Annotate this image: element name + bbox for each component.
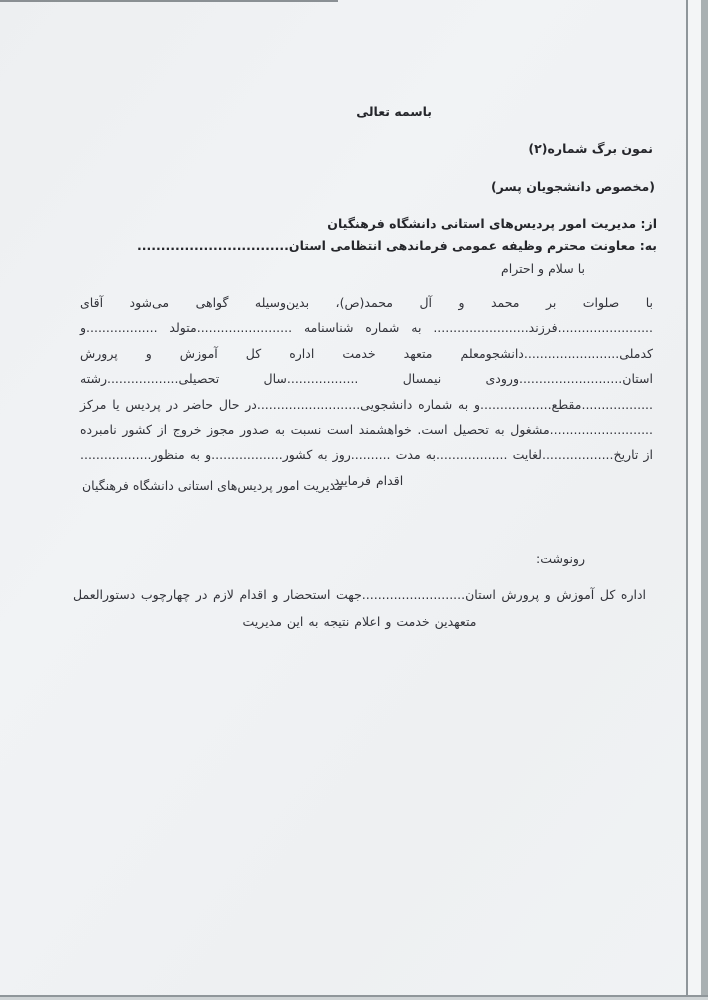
copy-notation-paragraph: اداره کل آموزش و پرورش استان............… [73, 581, 646, 635]
scan-edge-right-band [701, 0, 708, 1000]
to-line: به: معاونت محترم وظیفه عمومی فرماندهی ان… [137, 238, 657, 254]
scan-edge-bottom-line [0, 995, 708, 997]
form-number-title: نمون برگ شماره(۲) [528, 141, 653, 157]
copy-notation-heading: رونوشت: [536, 551, 585, 567]
letter-body-paragraph: با صلوات بر محمد و آل محمد(ص)، بدین‌وسیل… [80, 290, 653, 493]
salutation: با سلام و احترام [501, 261, 585, 277]
scanned-letter-page: باسمه تعالی نمون برگ شماره(۲) (مخصوص دان… [0, 0, 708, 1000]
besmele-invocation: باسمه تعالی [356, 104, 432, 120]
form-audience-subtitle: (مخصوص دانشجویان پسر) [491, 179, 655, 195]
from-line: از: مدیریت امور پردیس‌های استانی دانشگاه… [327, 216, 657, 232]
scan-edge-right-strip [688, 0, 701, 1000]
scan-edge-top-line [0, 0, 338, 2]
scan-edge-right-line [686, 0, 688, 1000]
signature-line: مدیریت امور پردیس‌های استانی دانشگاه فره… [82, 478, 343, 494]
